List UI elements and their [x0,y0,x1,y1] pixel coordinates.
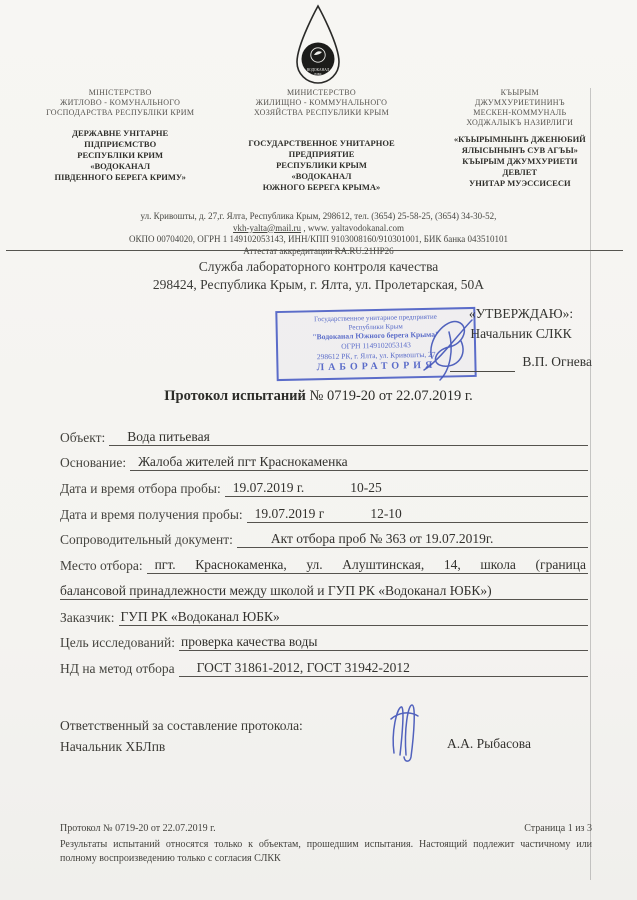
email-address: vkh-yalta@mail.ru [233,223,301,233]
responsible-block: Ответственный за составление протокола: … [60,715,303,757]
protocol-title: Протокол испытаний № 0719-20 от 22.07.20… [0,388,637,405]
field-value: Жалоба жителей пгт Краснокаменка [130,454,588,471]
letterhead-column-russian: МИНИСТЕРСТВО ЖИЛИЩНО - КОММУНАЛЬНОГО ХОЗ… [222,88,420,193]
field-object: Объект: Вода питьевая [60,420,588,446]
accreditation-line: Аттестат аккредитации RA.RU.21НР26 [0,246,637,258]
water-drop-icon: ВОДОКАНАЛ ЮБК [291,4,345,88]
enterprise-name: ГОСУДАРСТВЕННОЕ УНИТАРНОЕ ПРЕДПРИЯТИЕ РЕ… [222,138,420,193]
field-label: Цель исследований: [60,635,179,651]
protocol-number-date: № 0719-20 от 22.07.2019 г. [306,388,473,404]
field-sampling-datetime: Дата и время отбора пробы: 19.07.2019 г.… [60,471,588,497]
protocol-title-bold: Протокол испытаний [164,388,306,404]
responsible-name: А.А. Рыбасова [447,736,531,752]
responsible-position: Начальник ХБЛпв [60,736,303,757]
letterhead: МІНІСТЕРСТВО ЖИТЛОВО - КОМУНАЛЬНОГО ГОСП… [18,88,619,193]
field-value: балансовой принадлежности между школой и… [60,583,588,600]
ministry-name: МІНІСТЕРСТВО ЖИТЛОВО - КОМУНАЛЬНОГО ГОСП… [18,88,222,118]
lab-service-address: 298424, Республика Крым, г. Ялта, ул. Пр… [0,276,637,294]
field-label: НД на метод отбора [60,661,179,677]
field-label: Объект: [60,430,109,446]
protocol-document-page: ВОДОКАНАЛ ЮБК МІНІСТЕРСТВО ЖИТЛОВО - КОМ… [0,0,637,900]
field-research-purpose: Цель исследований: проверка качества вод… [60,626,588,652]
protocol-fields: Объект: Вода питьевая Основание: Жалоба … [60,420,588,677]
lab-service-block: Служба лабораторного контроля качества 2… [0,258,637,294]
scan-edge-artifact [590,88,591,880]
field-value: проверка качества воды [179,634,588,651]
field-sampling-method-standard: НД на метод отбора ГОСТ 31861-2012, ГОСТ… [60,651,588,677]
handwritten-signature-icon [383,699,425,767]
field-customer: Заказчик: ГУП РК «Водоканал ЮБК» [60,600,588,626]
field-sampling-place-continued: балансовой принадлежности между школой и… [60,574,588,600]
field-value: пгт. Краснокаменка, ул. Алуштинская, 14,… [147,557,588,574]
logo-subcaption: ЮБК [314,72,322,76]
lab-service-name: Служба лабораторного контроля качества [0,258,637,276]
footer-legal-text: Результаты испытаний относятся только к … [60,838,592,867]
field-value: ГОСТ 31861-2012, ГОСТ 31942-2012 [179,660,588,677]
approver-name: В.П. Огнева [522,352,592,372]
responsible-caption: Ответственный за составление протокола: [60,715,303,736]
contact-codes-line: ОКПО 00704020, ОГРН 1 149102053143, ИНН/… [0,234,637,246]
field-label: Место отбора: [60,558,147,574]
field-accompanying-document: Сопроводительный документ: Акт отбора пр… [60,523,588,549]
field-label: Заказчик: [60,610,119,626]
field-value: Акт отбора проб № 363 от 19.07.2019г. [237,531,588,548]
field-basis: Основание: Жалоба жителей пгт Краснокаме… [60,446,588,472]
field-value: 19.07.2019 г12-10 [247,506,588,523]
field-label: Дата и время отбора пробы: [60,481,225,497]
field-label: Основание: [60,455,130,471]
header-divider [6,250,623,251]
contact-address-line: ул. Кривошты, д. 27,г. Ялта, Республика … [0,211,637,223]
footer-protocol-number: Протокол № 0719-20 от 22.07.2019 г. [60,822,216,837]
field-receipt-datetime: Дата и время получения пробы: 19.07.2019… [60,497,588,523]
contact-web-line: vkh-yalta@mail.ru , www. yaltavodokanal.… [0,223,637,235]
vodokanal-drop-logo: ВОДОКАНАЛ ЮБК [291,4,345,88]
page-footer: Протокол № 0719-20 от 22.07.2019 г. Стра… [60,822,592,867]
field-sampling-place: Место отбора: пгт. Краснокаменка, ул. Ал… [60,548,588,574]
responsible-signature [383,699,425,772]
footer-meta-row: Протокол № 0719-20 от 22.07.2019 г. Стра… [60,822,592,837]
website-address: , www. yaltavodokanal.com [301,223,404,233]
field-value: Вода питьевая [109,429,588,446]
receipt-time: 12-10 [370,506,402,521]
page-indicator: Страница 1 из 3 [524,822,592,837]
field-value: 19.07.2019 г.10-25 [225,480,588,497]
enterprise-name: ДЕРЖАВНЕ УНІТАРНЕ ПІДПРИЄМСТВО РЕСПУБЛІК… [18,128,222,183]
field-value: ГУП РК «Водоканал ЮБК» [119,609,589,626]
sampling-time: 10-25 [350,480,382,495]
ministry-name: МИНИСТЕРСТВО ЖИЛИЩНО - КОММУНАЛЬНОГО ХОЗ… [222,88,420,118]
handwritten-signature-icon [418,312,484,384]
approver-signature [418,312,484,389]
letterhead-column-ukrainian: МІНІСТЕРСТВО ЖИТЛОВО - КОМУНАЛЬНОГО ГОСП… [18,88,222,193]
field-label: Дата и время получения пробы: [60,507,247,523]
field-label: Сопроводительный документ: [60,532,237,548]
